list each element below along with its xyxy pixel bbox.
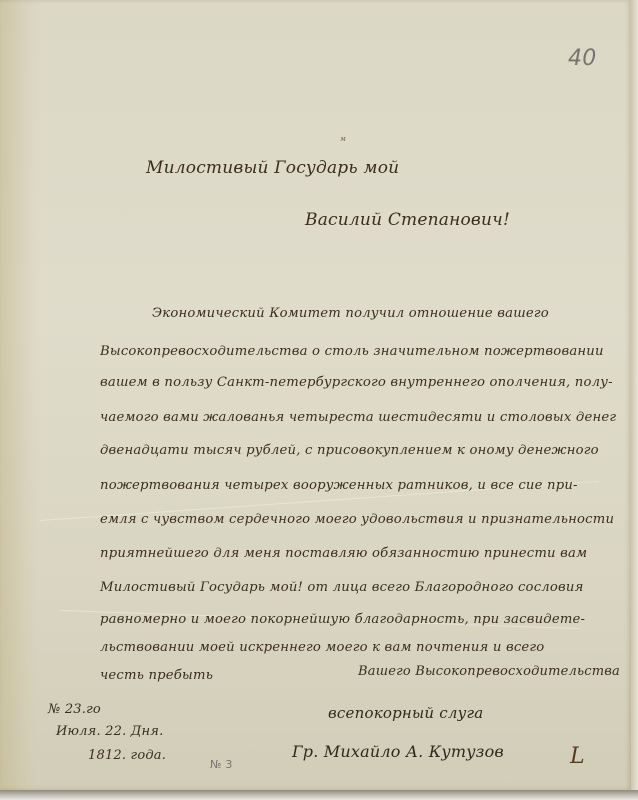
body-line: пожертвования четырех вооруженных ратник… [100, 478, 578, 493]
folio-number: 40 [568, 46, 596, 71]
body-line: чаемого вами жалованья четыреста шестиде… [100, 410, 616, 425]
page-edge-right [631, 0, 638, 800]
body-line: Милостивый Государь мой! от лица всего Б… [100, 580, 584, 595]
signature-name: Гр. Михайло А. Кутузов [292, 742, 504, 761]
body-line: вашем в пользу Санкт-петербургского внут… [100, 375, 613, 390]
body-line: Высокопревосходительства о столь значите… [100, 344, 604, 359]
body-line: честь пребыть [100, 668, 213, 683]
pencil-mark: № 3 [210, 758, 233, 771]
salutation-line-2: Василий Степанович! [305, 210, 510, 230]
top-mark: м [340, 135, 346, 143]
signature-flourish: L [570, 744, 585, 769]
page-edge-bottom [0, 790, 638, 800]
body-line: Экономический Комитет получил отношение … [152, 306, 549, 321]
body-line: двенадцати тысяч рублей, с присовокуплен… [100, 443, 599, 458]
registry-date: Июля. 22. Дня. [56, 724, 163, 739]
body-line: льствовании моей искреннего моего к вам … [100, 640, 544, 655]
registry-year: 1812. года. [88, 748, 166, 763]
body-line: приятнейшего для меня поставляю обязанно… [100, 546, 587, 561]
letter-page: 40 м Милостивый Государь мой Василий Сте… [0, 0, 632, 790]
registry-number: № 23.го [48, 702, 101, 717]
closing-line: Вашего Высокопревосходительства [358, 664, 620, 679]
signature-line-1: всепокорный слуга [328, 704, 483, 722]
body-line: равномерно и моего покорнейшую благодарн… [100, 612, 585, 627]
body-line: емля с чувством сердечного моего удоволь… [100, 512, 614, 527]
salutation-line-1: Милостивый Государь мой [146, 158, 399, 178]
